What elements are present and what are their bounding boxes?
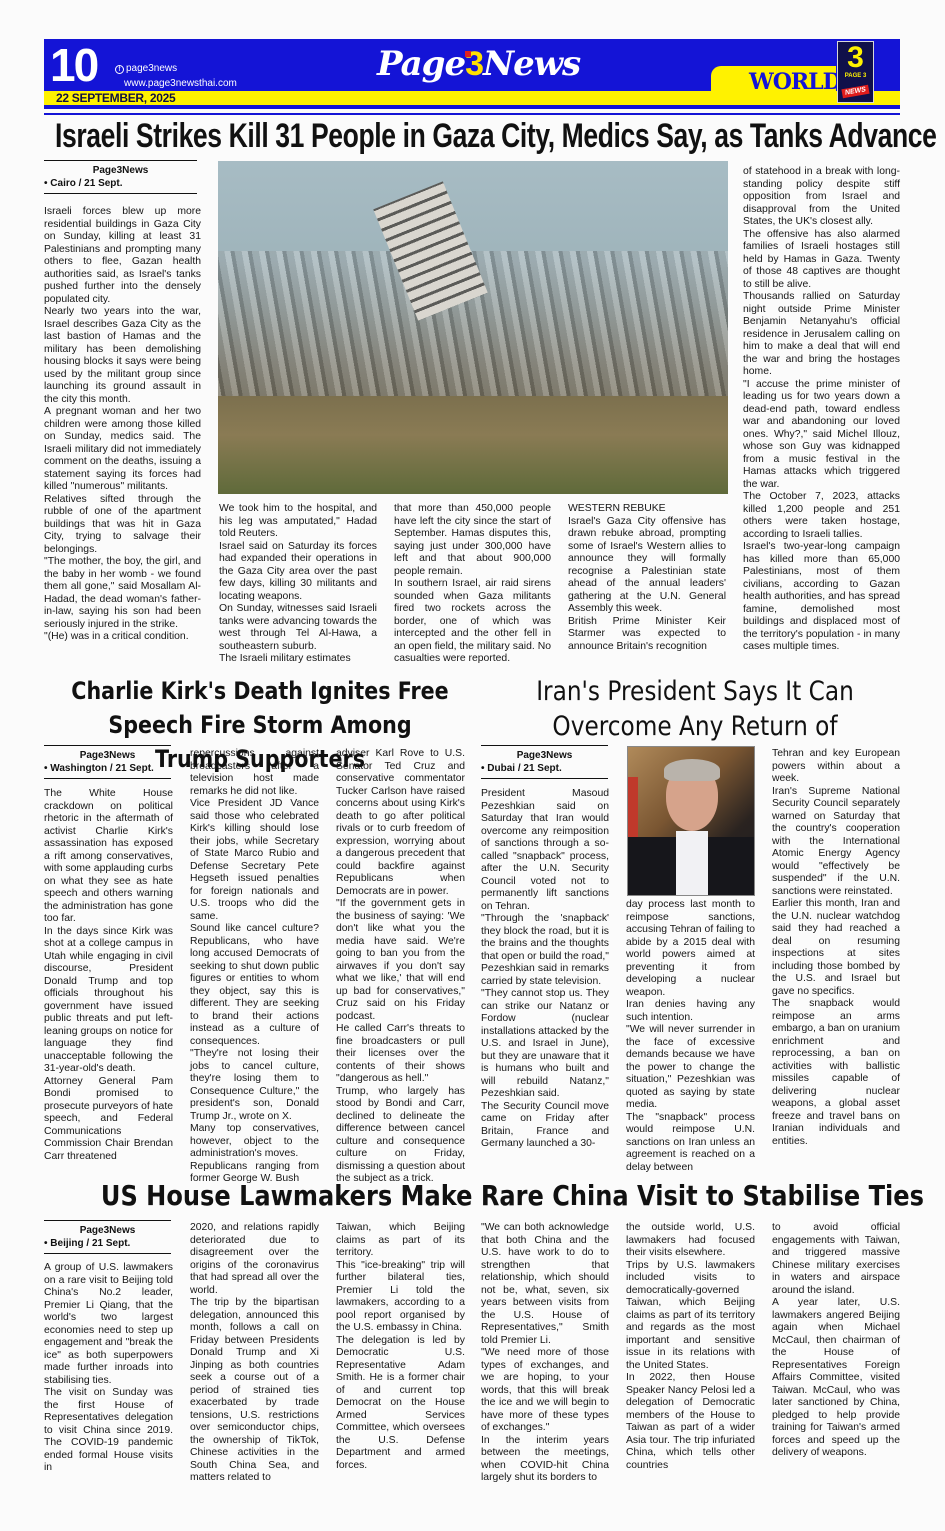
paragraph: repercussions against broadcasters after… xyxy=(190,748,319,798)
paragraph: Israeli forces blew up more residential … xyxy=(44,206,201,306)
paragraph: adviser Karl Rove to U.S. Senator Ted Cr… xyxy=(336,748,465,898)
section-label: WORLD xyxy=(749,69,841,95)
article-column: to avoid official engagements with Taiwa… xyxy=(772,1222,900,1460)
paragraph: "We can both acknowledge that both China… xyxy=(481,1222,609,1347)
paragraph: "The mother, the boy, the girl, and the … xyxy=(44,556,201,631)
article-column: Taiwan, which Beijing claims as part of … xyxy=(336,1222,465,1472)
paragraph: He called Carr's threats to fine broadca… xyxy=(336,1023,465,1086)
website-link[interactable]: www.page3newsthai.com xyxy=(124,78,237,90)
paragraph: President Masoud Pezeshkian said on Satu… xyxy=(481,788,609,913)
byline-iran: Page3News • Dubai / 21 Sept. xyxy=(481,745,608,779)
paragraph: "We need more of those types of exchange… xyxy=(481,1347,609,1435)
masoud-pezeshkian-portrait-photo xyxy=(627,746,755,896)
paragraph: The Security Council move came on Friday… xyxy=(481,1101,609,1151)
photo-hair xyxy=(664,759,720,781)
article-column: day process last month to reimpose sanct… xyxy=(626,899,755,1174)
paragraph: The October 7, 2023, attacks killed 1,20… xyxy=(743,491,900,541)
paragraph: The offensive has also alarmed families … xyxy=(743,229,900,292)
byline-location: • Washington / 21 Sept. xyxy=(44,762,171,779)
paragraph: Earlier this month, Iran and the U.N. nu… xyxy=(772,898,900,998)
photo-shirt xyxy=(676,831,708,896)
paragraph: Attorney General Pam Bondi promised to p… xyxy=(44,1076,173,1164)
badge-news-text: NEWS xyxy=(841,85,869,99)
article-column: A group of U.S. lawmakers on a rare visi… xyxy=(44,1262,173,1475)
paragraph: "(He) was in a critical condition. xyxy=(44,631,201,644)
article-headline-gaza: Israeli Strikes Kill 31 People in Gaza C… xyxy=(55,117,936,155)
paragraph: The visit on Sunday was the first House … xyxy=(44,1387,173,1475)
paragraph: Many top conservatives, however, object … xyxy=(190,1123,319,1161)
byline-source: Page3News xyxy=(44,1221,171,1237)
issue-date: 22 SEPTEMBER, 2025 xyxy=(56,92,175,105)
article-column: the outside world, U.S. lawmakers had fo… xyxy=(626,1222,755,1472)
paragraph: Iran denies having any such intention. xyxy=(626,999,755,1024)
paragraph: "We will never surrender in the face of … xyxy=(626,1024,755,1112)
byline-china: Page3News • Beijing / 21 Sept. xyxy=(44,1220,171,1254)
paragraph: "Through the 'snapback' they block the r… xyxy=(481,913,609,988)
paragraph: Thousands rallied on Saturday night outs… xyxy=(743,291,900,379)
article-column: WESTERN REBUKE Israel's Gaza City offens… xyxy=(568,503,726,653)
paragraph: In the days since Kirk was shot at a col… xyxy=(44,926,173,1076)
article-headline-china: US House Lawmakers Make Rare China Visit… xyxy=(101,1178,849,1214)
paragraph: day process last month to reimpose sanct… xyxy=(626,899,755,999)
paragraph: "I accuse the prime minister of leading … xyxy=(743,379,900,492)
masthead-bottom-rule xyxy=(44,105,900,109)
paragraph: Sound like cancel culture? Republicans, … xyxy=(190,923,319,1048)
article-column: Israeli forces blew up more residential … xyxy=(44,206,201,644)
social-handle: page3news xyxy=(126,63,177,74)
paragraph: Trump, who largely has stood by Bondi an… xyxy=(336,1086,465,1186)
paragraph: that more than 450,000 people have left … xyxy=(394,503,551,578)
byline-gaza: Page3News • Cairo / 21 Sept. xyxy=(44,160,197,194)
paragraph: This "ice-breaking" trip will further bi… xyxy=(336,1260,465,1335)
article-column: of statehood in a break with long-standi… xyxy=(743,166,900,654)
paragraph: Israel said on Saturday its forces had e… xyxy=(219,541,377,604)
badge-number: 3 xyxy=(838,43,873,73)
masthead: 10 fpage3news www.page3newsthai.com 22 S… xyxy=(44,39,900,109)
paragraph: Israel's Gaza City offensive has drawn r… xyxy=(568,516,726,616)
article-column: repercussions against broadcasters after… xyxy=(190,748,319,1186)
article-column: that more than 450,000 people have left … xyxy=(394,503,551,666)
article-column: adviser Karl Rove to U.S. Senator Ted Cr… xyxy=(336,748,465,1186)
gaza-city-destroyed-buildings-photo xyxy=(218,161,728,494)
badge-page-text: PAGE 3 xyxy=(838,73,873,80)
paragraph: British Prime Minister Keir Starmer was … xyxy=(568,616,726,654)
paragraph: Tehran and key European powers within ab… xyxy=(772,748,900,786)
paragraph: The Israeli military estimates xyxy=(219,653,377,666)
paragraph: Israel's two-year-long campaign has kill… xyxy=(743,541,900,654)
social-handle-link[interactable]: fpage3news xyxy=(115,63,177,75)
paragraph: On Sunday, witnesses said Israeli tanks … xyxy=(219,603,377,653)
paragraph: In 2022, then House Speaker Nancy Pelosi… xyxy=(626,1372,755,1472)
paragraph: Relatives sifted through the rubble of o… xyxy=(44,494,201,557)
paragraph: We took him to the hospital, and his leg… xyxy=(219,503,377,541)
paragraph: "They're not losing their jobs to cancel… xyxy=(190,1048,319,1123)
page3-news-badge: 3 PAGE 3 NEWS xyxy=(837,41,874,103)
paragraph: The snapback would reimpose an arms emba… xyxy=(772,998,900,1148)
paragraph: The delegation is led by Democratic U.S.… xyxy=(336,1335,465,1473)
byline-source: Page3News xyxy=(481,746,608,762)
brand-logo[interactable]: Page3News xyxy=(377,44,580,84)
paragraph: Nearly two years into the war, Israel de… xyxy=(44,306,201,406)
paragraph: of statehood in a break with long-standi… xyxy=(743,166,900,229)
subheading: WESTERN REBUKE xyxy=(568,503,726,516)
article-column: Tehran and key European powers within ab… xyxy=(772,748,900,1148)
facebook-icon: f xyxy=(115,65,124,74)
paragraph: Trips by U.S. lawmakers included visits … xyxy=(626,1260,755,1373)
article-column: "We can both acknowledge that both China… xyxy=(481,1222,609,1485)
photo-foreground-field xyxy=(218,396,728,494)
byline-location: • Dubai / 21 Sept. xyxy=(481,762,608,779)
photo-jacket xyxy=(706,837,755,896)
article-column: The White House crackdown on political r… xyxy=(44,788,173,1163)
paragraph: The trip by the bipartisan delegation, a… xyxy=(190,1297,319,1485)
page-number: 10 xyxy=(50,41,97,89)
article-column: We took him to the hospital, and his leg… xyxy=(219,503,377,666)
paragraph: Iran's Supreme National Security Council… xyxy=(772,786,900,899)
paragraph: Taiwan, which Beijing claims as part of … xyxy=(336,1222,465,1260)
paragraph: the outside world, U.S. lawmakers had fo… xyxy=(626,1222,755,1260)
paragraph: to avoid official engagements with Taiwa… xyxy=(772,1222,900,1297)
paragraph: A year later, U.S. lawmakers angered Bei… xyxy=(772,1297,900,1460)
masthead-divider xyxy=(44,113,900,115)
paragraph: 2020, and relations rapidly deteriorated… xyxy=(190,1222,319,1297)
byline-location: • Beijing / 21 Sept. xyxy=(44,1237,171,1254)
article-column: President Masoud Pezeshkian said on Satu… xyxy=(481,788,609,1151)
brand-part-page: Page xyxy=(377,44,465,84)
paragraph: The White House crackdown on political r… xyxy=(44,788,173,926)
article-column: 2020, and relations rapidly deteriorated… xyxy=(190,1222,319,1485)
brand-three: 3 xyxy=(465,45,483,83)
paragraph: "They cannot stop us. They can strike ou… xyxy=(481,988,609,1101)
paragraph: A group of U.S. lawmakers on a rare visi… xyxy=(44,1262,173,1387)
byline-source: Page3News xyxy=(44,161,197,177)
paragraph: "If the government gets in the business … xyxy=(336,898,465,1023)
paragraph: A pregnant woman and her two children we… xyxy=(44,406,201,494)
photo-jacket xyxy=(628,837,678,896)
paragraph: In southern Israel, air raid sirens soun… xyxy=(394,578,551,666)
paragraph: The "snapback" process would reimpose U.… xyxy=(626,1112,755,1175)
paragraph: In the interim years between the meeting… xyxy=(481,1435,609,1485)
paragraph: Vice President JD Vance said those who c… xyxy=(190,798,319,923)
brand-part-news: News xyxy=(483,44,580,84)
byline-source: Page3News xyxy=(44,746,171,762)
byline-kirk: Page3News • Washington / 21 Sept. xyxy=(44,745,171,779)
byline-location: • Cairo / 21 Sept. xyxy=(44,177,197,194)
